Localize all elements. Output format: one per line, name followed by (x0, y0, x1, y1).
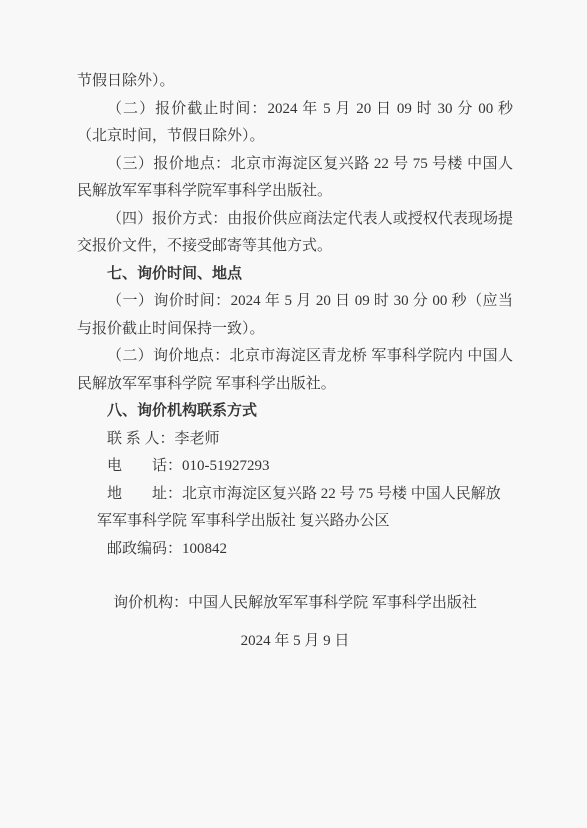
paragraph-inquiry-time: （一）询价时间：2024 年 5 月 20 日 09 时 30 分 00 秒（应… (77, 288, 513, 343)
contact-label-postcode: 邮政编码： (107, 541, 182, 557)
document-page: 节假日除外）。 （二）报价截止时间：2024 年 5 月 20 日 09 时 3… (0, 0, 587, 828)
contact-value-postcode: 100842 (182, 541, 227, 557)
contact-label-phone: 电 话： (107, 458, 182, 474)
contact-value-phone: 010-51927293 (182, 458, 270, 474)
paragraph-quote-location: （三）报价地点：北京市海淀区复兴路 22 号 75 号楼 中国人民解放军军事科学… (77, 151, 513, 206)
contact-label-address: 地 址： (107, 486, 182, 502)
paragraph-inquiry-location: （二）询价地点：北京市海淀区青龙桥 军事科学院内 中国人民解放军军事科学院 军事… (77, 343, 513, 398)
contact-line-phone: 电 话：010-51927293 (77, 453, 513, 481)
section-heading-7: 七、询价时间、地点 (77, 261, 513, 289)
contact-value-person: 李老师 (175, 431, 220, 447)
contact-line-person: 联 系 人：李老师 (77, 426, 513, 454)
signoff-block: 询价机构：中国人民解放军军事科学院 军事科学出版社 2024 年 5 月 9 日 (77, 590, 513, 655)
paragraph-quote-method: （四）报价方式：由报价供应商法定代表人或授权代表现场提交报价文件，不接受邮寄等其… (77, 206, 513, 261)
section-heading-8: 八、询价机构联系方式 (77, 398, 513, 426)
signoff-agency: 询价机构：中国人民解放军军事科学院 军事科学出版社 (77, 590, 513, 618)
contact-label-person: 联 系 人： (107, 431, 175, 447)
signoff-date: 2024 年 5 月 9 日 (77, 628, 513, 656)
contact-line-address: 地 址：北京市海淀区复兴路 22 号 75 号楼 中国人民解放军军事科学院 军事… (77, 481, 513, 536)
contact-line-postcode: 邮政编码：100842 (77, 536, 513, 564)
paragraph-quote-deadline: （二）报价截止时间：2024 年 5 月 20 日 09 时 30 分 00 秒… (77, 96, 513, 151)
paragraph-continuation: 节假日除外）。 (77, 68, 513, 96)
